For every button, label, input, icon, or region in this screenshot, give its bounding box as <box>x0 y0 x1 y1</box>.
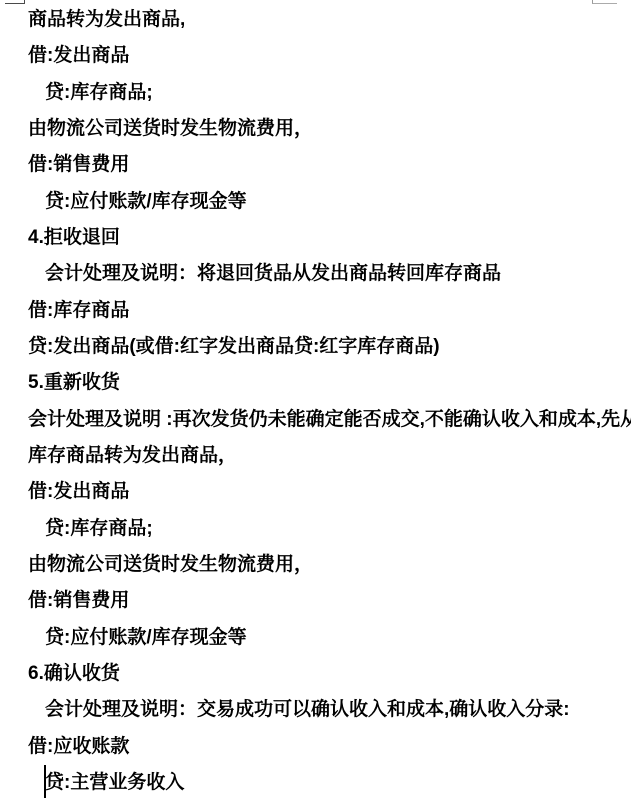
text-line[interactable]: 借:发出商品 <box>28 38 629 74</box>
text-line[interactable]: 贷:库存商品; <box>28 511 629 547</box>
document-window: { "document": { "type": "word-processor-… <box>0 0 631 807</box>
text-line[interactable]: 借:销售费用 <box>28 147 629 183</box>
text-line[interactable]: 借:销售费用 <box>28 583 629 619</box>
text-line[interactable]: 商品转为发出商品, <box>28 2 629 38</box>
text-boundary-mark-left-icon <box>5 0 25 4</box>
text-line[interactable]: 会计处理及说明：交易成功可以确认收入和成本,确认收入分录: <box>28 692 629 728</box>
text-line[interactable]: 库存商品转为发出商品， <box>28 438 629 474</box>
text-line[interactable]: 贷:应付账款/库存现金等 <box>28 620 629 656</box>
text-line[interactable]: 贷:发出商品(或借:红字发出商品贷:红字库存商品) <box>28 329 629 365</box>
text-line[interactable]: 5.重新收货 <box>28 365 629 401</box>
text-line[interactable]: 贷:库存商品; <box>28 75 629 111</box>
text-line[interactable]: 6.确认收货 <box>28 656 629 692</box>
text-line[interactable]: 由物流公司送货时发生物流费用， <box>28 111 629 147</box>
text-cursor <box>44 765 46 798</box>
text-line[interactable]: 贷:应付账款/库存现金等 <box>28 184 629 220</box>
text-line[interactable]: 会计处理及说明：将退回货品从发出商品转回库存商品 <box>28 256 629 292</box>
text-line[interactable]: 借:应收账款 <box>28 729 629 765</box>
text-line[interactable]: 贷:主营业务收入 <box>28 765 629 801</box>
text-line[interactable]: 4.拒收退回 <box>28 220 629 256</box>
word-document-page[interactable]: 商品转为发出商品,借:发出商品贷:库存商品;由物流公司送货时发生物流费用，借:销… <box>0 0 631 807</box>
text-line[interactable]: 借:发出商品 <box>28 474 629 510</box>
text-line[interactable]: 借:库存商品 <box>28 293 629 329</box>
document-content: 商品转为发出商品,借:发出商品贷:库存商品;由物流公司送货时发生物流费用，借:销… <box>28 2 629 801</box>
text-line[interactable]: 由物流公司送货时发生物流费用， <box>28 547 629 583</box>
text-line[interactable]: 会计处理及说明 :再次发货仍未能确定能否成交,不能确认收入和成本,先从 <box>28 402 629 438</box>
